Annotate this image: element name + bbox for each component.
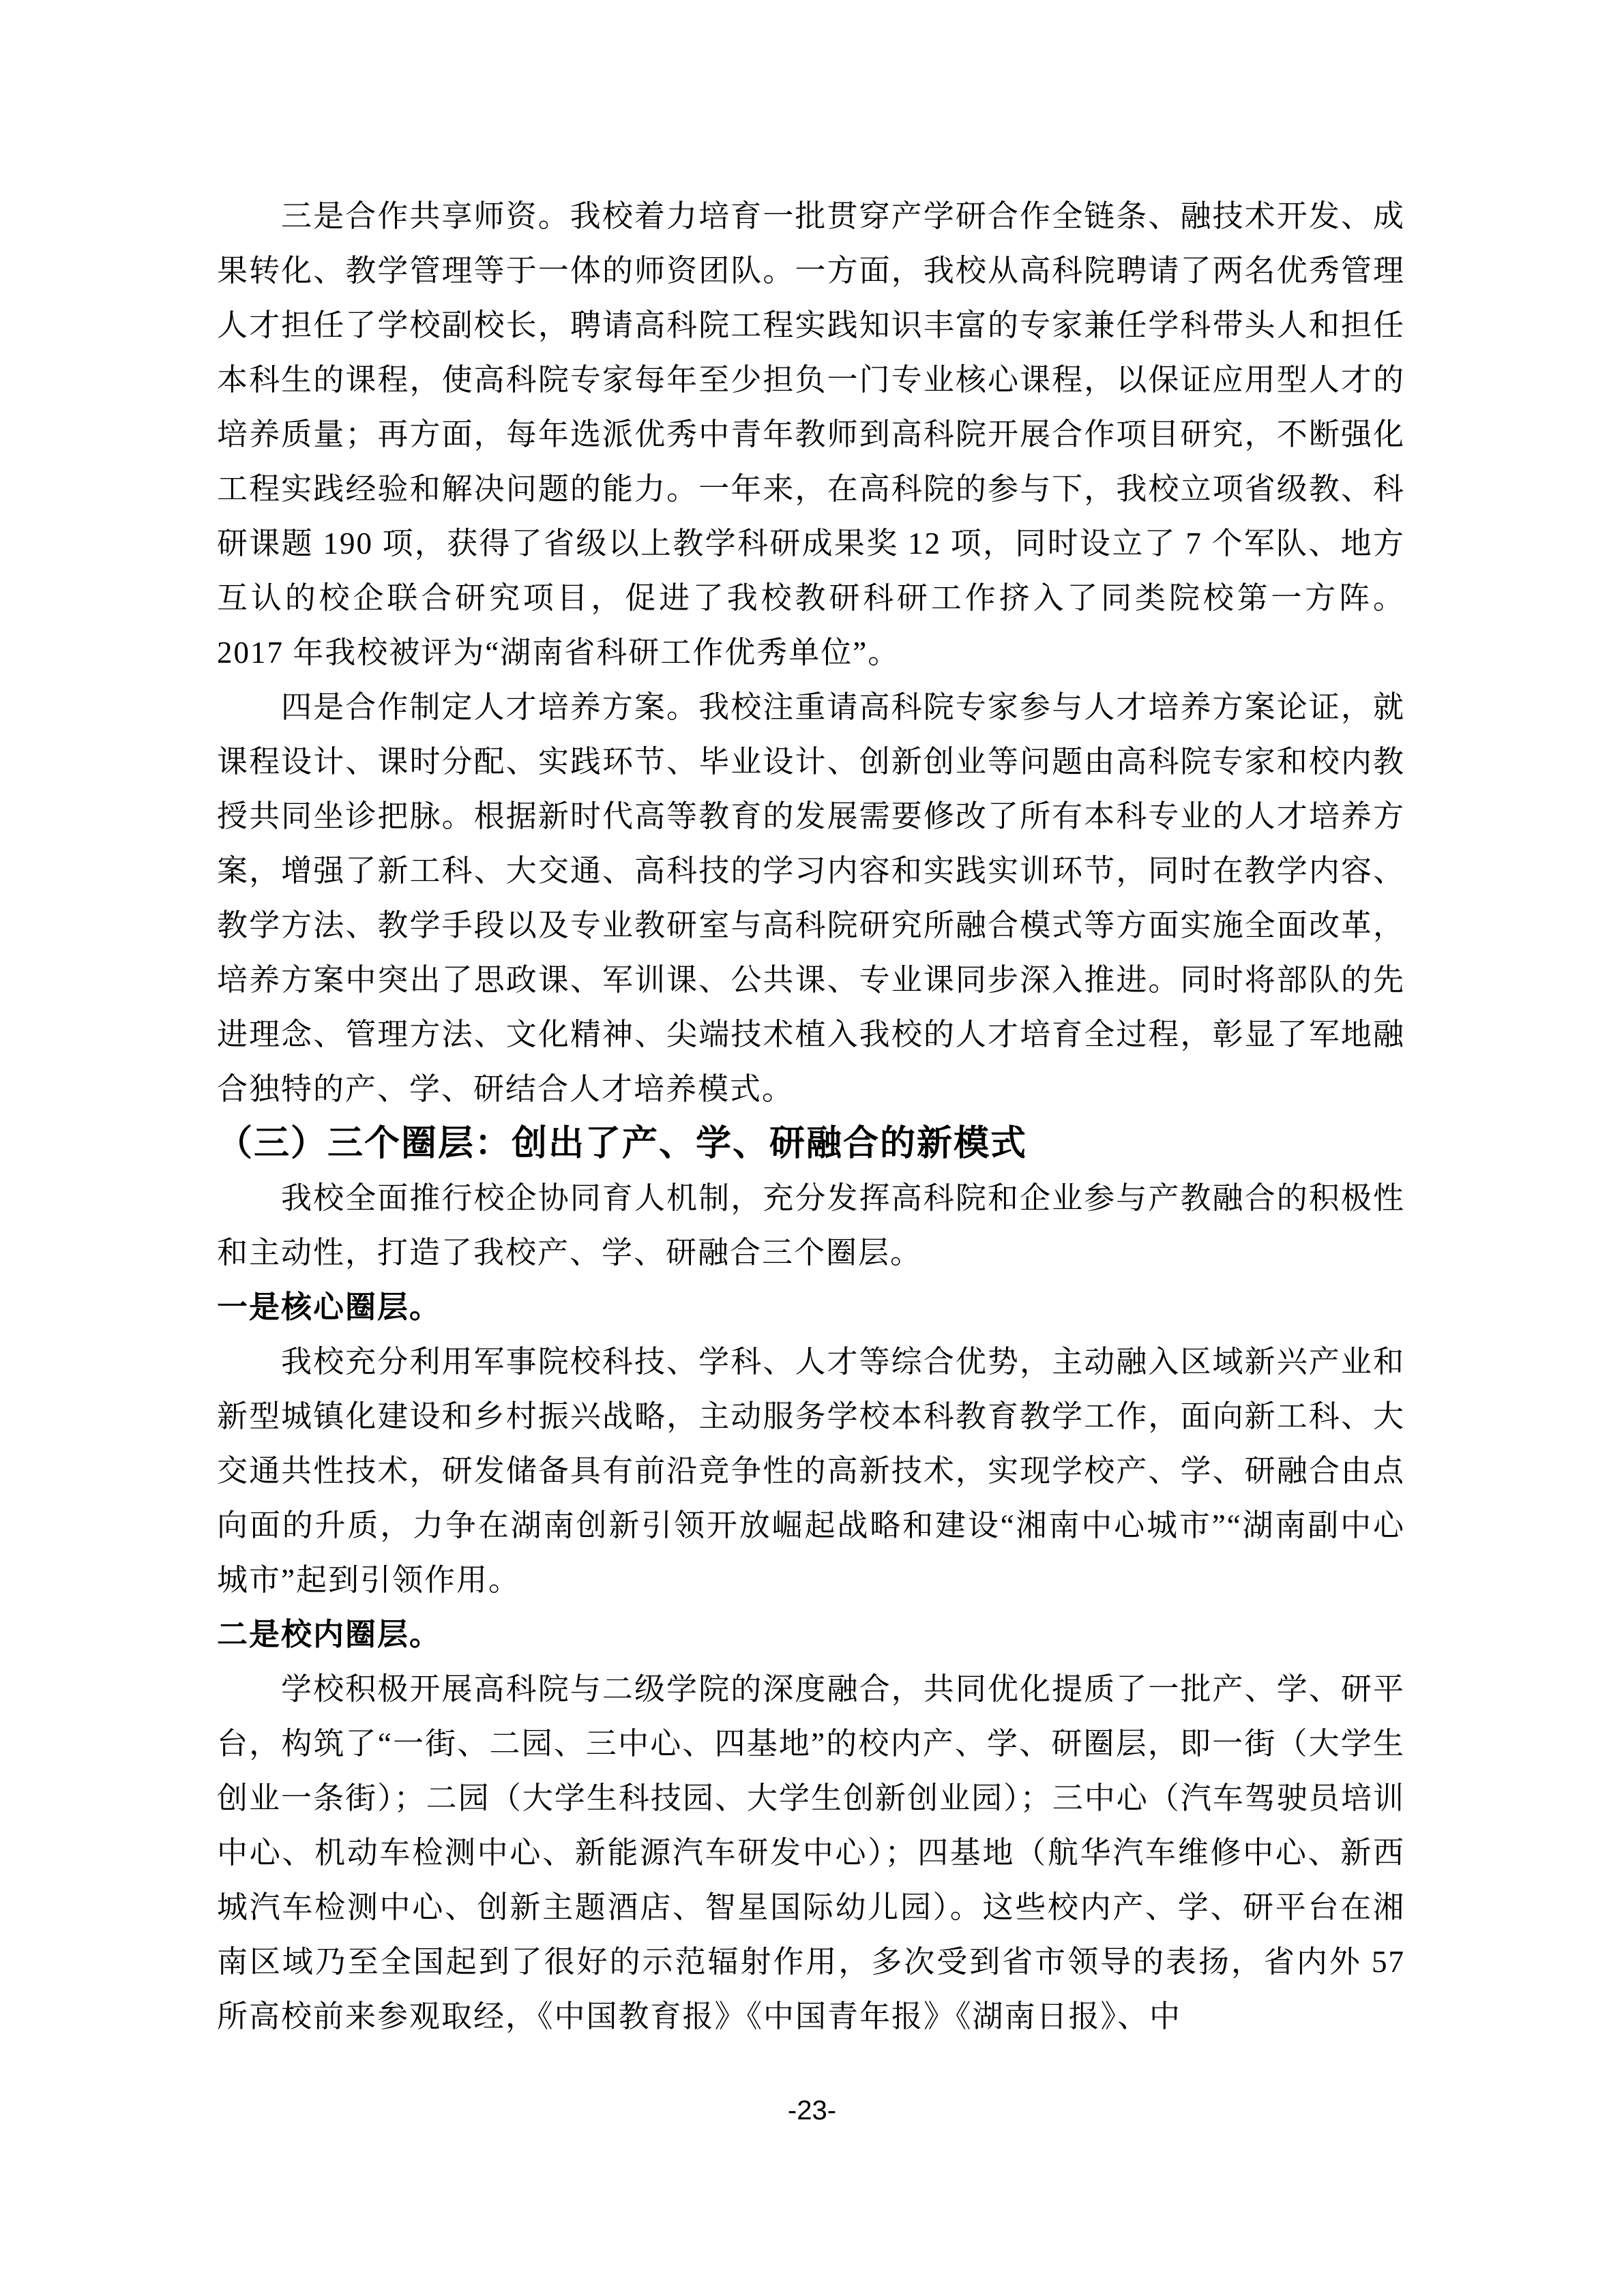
- section-heading-three-circles: （三）三个圈层：创出了产、学、研融合的新模式: [217, 1116, 1405, 1171]
- paragraph-shared-faculty: 三是合作共享师资。我校着力培育一批贯穿产学研合作全链条、融技术开发、成果转化、教…: [217, 189, 1405, 680]
- subheading-core-circle: 一是核心圈层。: [217, 1280, 1405, 1335]
- page-number: -23-: [0, 2095, 1624, 2126]
- paragraph-circles-intro: 我校全面推行校企协同育人机制，充分发挥高科院和企业参与产教融合的积极性和主动性，…: [217, 1171, 1405, 1280]
- paragraph-talent-plan: 四是合作制定人才培养方案。我校注重请高科院专家参与人才培养方案论证，就课程设计、…: [217, 680, 1405, 1116]
- paragraph-campus-circle: 学校积极开展高科院与二级学院的深度融合，共同优化提质了一批产、学、研平台，构筑了…: [217, 1662, 1405, 2044]
- page-body-text: 三是合作共享师资。我校着力培育一批贯穿产学研合作全链条、融技术开发、成果转化、教…: [217, 189, 1405, 2044]
- document-page: 三是合作共享师资。我校着力培育一批贯穿产学研合作全链条、融技术开发、成果转化、教…: [0, 0, 1624, 2296]
- paragraph-core-circle: 我校充分利用军事院校科技、学科、人才等综合优势，主动融入区域新兴产业和新型城镇化…: [217, 1335, 1405, 1607]
- subheading-campus-circle: 二是校内圈层。: [217, 1607, 1405, 1662]
